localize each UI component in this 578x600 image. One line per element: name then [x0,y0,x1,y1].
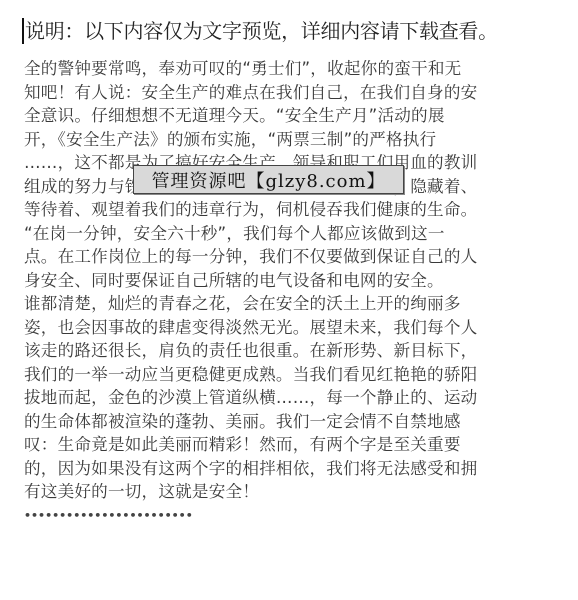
text-line: “在岗一分钟，安全六十秒”，我们每个人都应该做到这一 [24,222,564,246]
text-line: 的生命体都被渲染的蓬勃、美丽。我们一定会情不自禁地感 [24,410,564,434]
document-body: 全的警钟要常鸣，奉劝可叹的“勇士们”，收起你的蛮干和无 知吧！有人说：安全生产的… [24,57,564,527]
text-line: 全的警钟要常鸣，奉劝可叹的“勇士们”，收起你的蛮干和无 [24,57,564,81]
watermark-text: 管理资源吧【glzy8.com】 [151,167,385,193]
text-line: 等待着、观望着我们的违章行为，伺机侵吞我们健康的生命。 [24,198,564,222]
text-line: 拔地而起，金色的沙漠上管道纵横……，每一个静止的、运动 [24,386,564,410]
text-line: 知吧！有人说：安全生产的难点在我们自己，在我们自身的安 [24,81,564,105]
text-line: 全意识。仔细想想不无道理今天。“安全生产月”活动的展 [24,104,564,128]
text-line: 叹：生命竟是如此美丽而精彩！然而，有两个字是至关重要 [24,433,564,457]
text-cursor [22,18,24,44]
text-line: 有这美好的一切，这就是安全！ [24,480,564,504]
text-line: 谁都清楚，灿烂的青春之花，会在安全的沃土上开的绚丽多 [24,292,564,316]
preview-notice: 说明：以下内容仅为文字预览，详细内容请下载查看。 [22,17,498,45]
text-line: 的，因为如果没有这两个字的相拌相依，我们将无法感受和拥 [24,457,564,481]
text-line: 开，《安全生产法》的颁布实施，“两票三制”的严格执行 [24,128,564,152]
preview-notice-text: 说明：以下内容仅为文字预览，详细内容请下载查看。 [25,19,498,43]
text-line: 姿，也会因事故的肆虐变得淡然无光。展望未来，我们每个人 [24,316,564,340]
ellipsis-dots: •••••••••••••••••••••••• [24,504,564,528]
watermark-banner: 管理资源吧【glzy8.com】 [133,165,404,194]
text-line: 身安全、同时要保证自己所辖的电气设备和电网的安全。 [24,269,564,293]
text-line: 该走的路还很长，肩负的责任也很重。在新形势、新目标下， [24,339,564,363]
text-line: 点。在工作岗位上的每一分钟，我们不仅要做到保证自己的人 [24,245,564,269]
text-line: 我们的一举一动应当更稳健更成熟。当我们看见红艳艳的骄阳 [24,363,564,387]
